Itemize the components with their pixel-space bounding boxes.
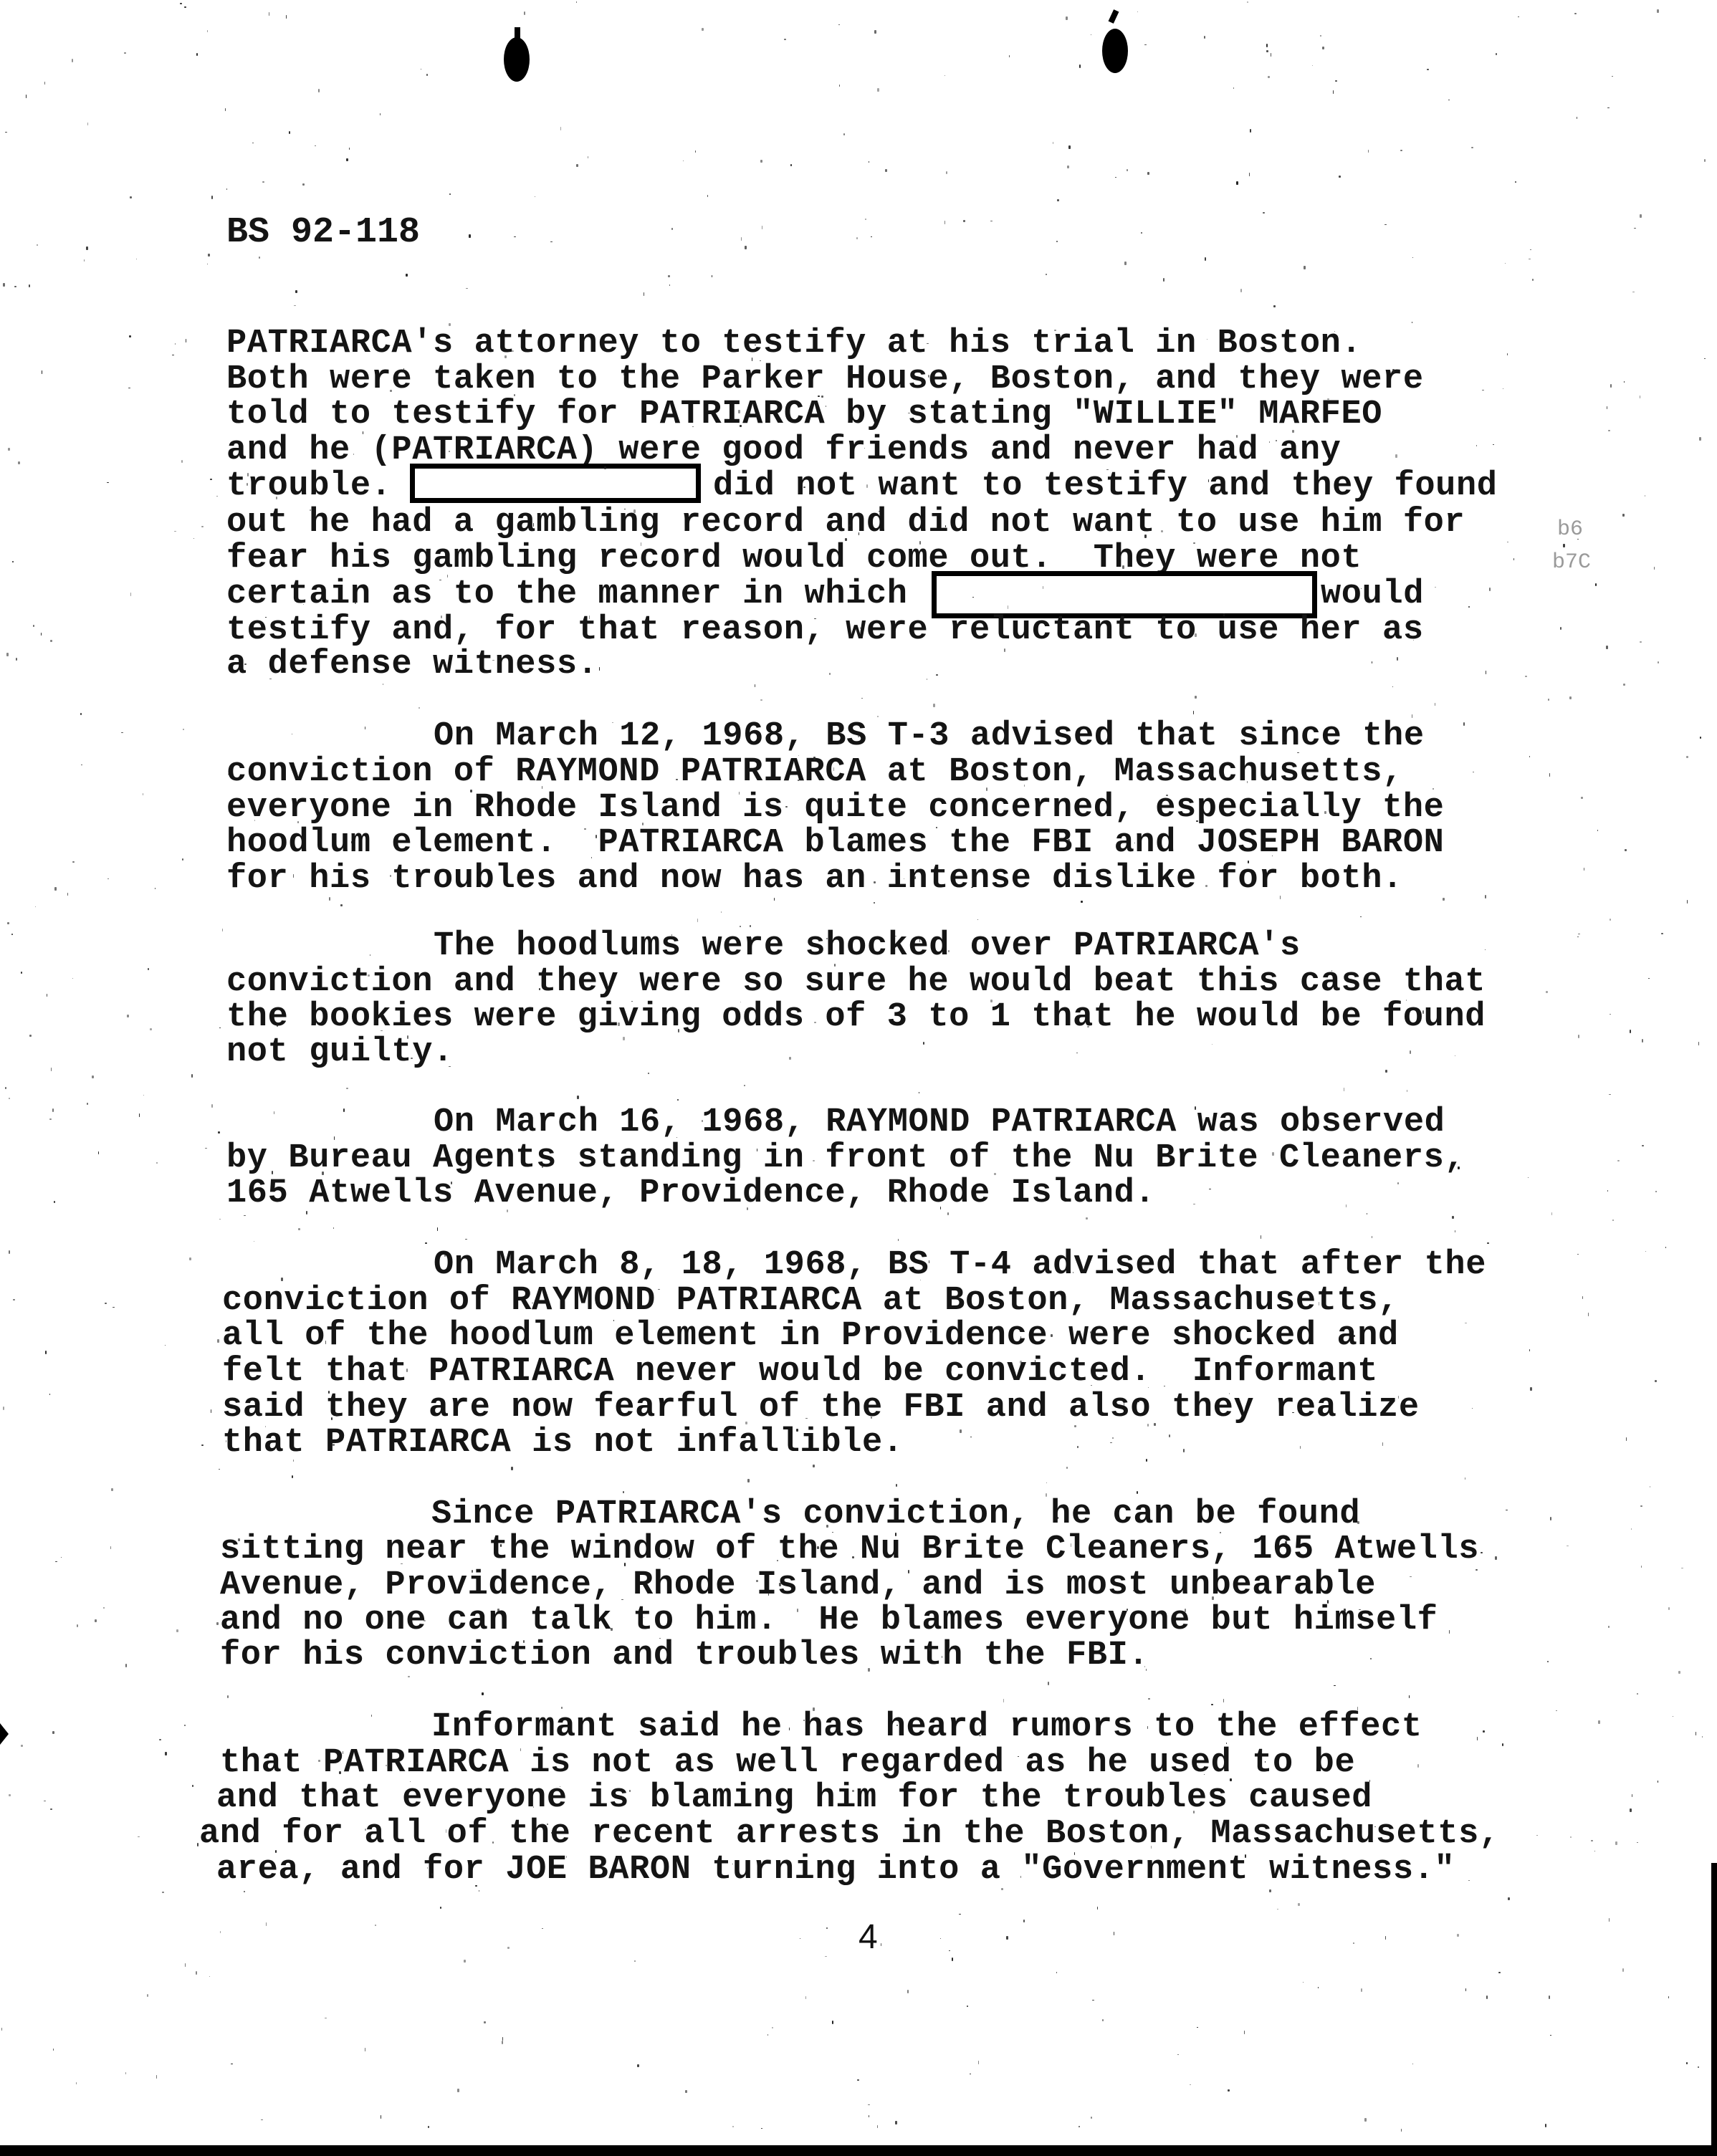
scan-speck — [1607, 1190, 1608, 1192]
scan-speck — [641, 542, 641, 546]
scan-speck — [1372, 1236, 1372, 1238]
scan-speck — [813, 757, 816, 760]
scan-speck — [1574, 13, 1577, 14]
scan-speck — [1, 2028, 2, 2031]
scan-speck — [676, 1137, 677, 1138]
scan-speck — [45, 1351, 47, 1354]
scan-speck — [147, 1994, 148, 1997]
scan-speck — [29, 284, 30, 287]
scan-speck — [1114, 1932, 1114, 1935]
scan-speck — [72, 978, 73, 979]
scan-speck — [1226, 1743, 1227, 1744]
scan-speck — [315, 145, 316, 146]
scan-speck — [226, 188, 227, 190]
scan-speck — [1331, 970, 1332, 972]
scan-speck — [1630, 1808, 1632, 1812]
scan-speck — [533, 523, 534, 527]
scan-speck — [1422, 1010, 1424, 1014]
scan-speck — [1448, 100, 1450, 100]
scan-speck — [644, 1617, 644, 1618]
scan-speck — [1607, 107, 1610, 108]
p3-line-3: the bookies were giving odds of 3 to 1 t… — [226, 1000, 1486, 1035]
redaction-box-1 — [410, 464, 701, 503]
scan-speck — [1110, 1442, 1112, 1443]
scan-speck — [669, 1558, 670, 1559]
scan-speck — [365, 1829, 366, 1831]
scan-speck — [370, 954, 370, 956]
scan-speck — [1648, 978, 1650, 979]
scan-speck — [1374, 1826, 1376, 1827]
scan-speck — [1328, 463, 1329, 464]
scan-speck — [124, 52, 126, 54]
scan-speck — [1046, 274, 1047, 275]
scan-speck — [353, 454, 354, 455]
scan-speck — [1123, 1364, 1124, 1366]
scan-speck — [21, 1745, 23, 1747]
scan-speck — [6, 653, 9, 656]
scan-speck — [796, 1429, 798, 1432]
scan-speck — [457, 2089, 459, 2092]
scan-speck — [1471, 147, 1473, 148]
scan-speck — [1476, 1569, 1478, 1571]
scan-speck — [5, 132, 7, 133]
scan-speck — [439, 580, 441, 580]
scan-speck — [1698, 1042, 1699, 1045]
scan-speck — [107, 482, 109, 483]
scan-speck — [244, 663, 247, 665]
scan-speck — [908, 413, 910, 413]
scan-speck — [896, 1725, 898, 1726]
scan-speck — [885, 169, 887, 172]
scan-speck — [50, 1808, 52, 1810]
scan-speck — [1443, 898, 1445, 901]
scan-speck — [1530, 1387, 1532, 1391]
scan-speck — [130, 593, 131, 596]
scan-speck — [282, 764, 284, 765]
scan-speck — [789, 1057, 791, 1060]
scan-speck — [441, 615, 442, 618]
scan-speck — [155, 888, 156, 889]
scan-speck — [1147, 1424, 1149, 1427]
scan-speck — [1057, 199, 1059, 201]
scan-speck — [333, 1227, 334, 1229]
scan-speck — [760, 360, 761, 361]
scan-speck — [1398, 1396, 1399, 1399]
scan-speck — [165, 1752, 167, 1755]
scan-speck — [604, 466, 606, 469]
p7-line-4: and for all of the recent arrests in the… — [199, 1816, 1500, 1852]
scan-speck — [1668, 1996, 1669, 1998]
scan-speck — [225, 108, 226, 111]
scan-speck — [839, 85, 840, 87]
scan-speck — [1401, 2129, 1402, 2132]
scan-speck — [1236, 435, 1238, 438]
scan-speck — [1205, 885, 1207, 887]
scan-speck — [1183, 1449, 1185, 1452]
scan-speck — [1615, 1841, 1617, 1845]
scan-speck — [837, 799, 839, 802]
scan-speck — [156, 1162, 158, 1164]
scan-speck — [671, 934, 672, 936]
p4-line-1: On March 16, 1968, RAYMOND PATRIARCA was… — [434, 1105, 1445, 1141]
scan-speck — [747, 1479, 750, 1482]
scan-speck — [1607, 406, 1607, 409]
scan-speck — [275, 1850, 277, 1853]
scan-speck — [757, 1149, 757, 1151]
scan-speck — [917, 1378, 919, 1379]
scan-speck — [1410, 1576, 1412, 1577]
scan-speck — [797, 1609, 798, 1612]
scan-speck — [1229, 1393, 1230, 1394]
scan-speck — [579, 775, 580, 776]
scan-speck — [462, 549, 464, 551]
scan-speck — [760, 699, 762, 701]
p5-line-6: that PATRIARCA is not infallible. — [222, 1425, 904, 1461]
scan-speck — [949, 1950, 950, 1951]
scan-speck — [274, 1111, 274, 1114]
scan-speck — [1004, 648, 1005, 652]
scan-speck — [1141, 232, 1142, 234]
scan-speck — [1304, 266, 1306, 269]
p1-line-1: PATRIARCA's attorney to testify at his t… — [226, 326, 1362, 362]
scan-speck — [858, 532, 859, 535]
scan-speck — [1598, 1720, 1600, 1724]
scan-speck — [1269, 1889, 1271, 1892]
scan-speck — [814, 618, 816, 619]
scan-speck — [472, 1570, 473, 1573]
scan-speck — [1303, 1798, 1305, 1801]
scan-speck — [767, 2034, 768, 2036]
scan-speck — [1147, 1726, 1148, 1729]
scan-speck — [1169, 1434, 1170, 1437]
scan-speck — [451, 1182, 452, 1184]
scan-speck — [1375, 1156, 1377, 1157]
scan-speck — [406, 274, 408, 277]
scan-speck — [1335, 80, 1337, 82]
scan-speck — [1530, 249, 1531, 250]
scan-edge-mark — [0, 1723, 9, 1745]
scan-speck — [1003, 1699, 1004, 1702]
scan-speck — [1577, 1254, 1579, 1255]
scan-speck — [868, 1668, 870, 1672]
scan-speck — [192, 1785, 193, 1787]
scan-speck — [244, 1891, 245, 1892]
scan-speck — [9, 1098, 10, 1099]
scan-speck — [475, 1200, 476, 1203]
scan-speck — [386, 1765, 387, 1766]
scan-speck — [452, 1767, 454, 1768]
scan-speck — [346, 158, 348, 161]
scan-speck — [110, 1546, 111, 1549]
scan-speck — [1626, 1437, 1627, 1441]
scan-speck — [210, 479, 212, 480]
scan-speck — [1385, 1070, 1387, 1073]
scan-speck — [1144, 44, 1147, 45]
scan-speck — [1068, 145, 1071, 149]
scan-speck — [44, 82, 45, 85]
scan-speck — [1407, 1090, 1407, 1092]
scan-speck — [37, 244, 38, 246]
scan-speck — [930, 1331, 932, 1333]
scan-speck — [477, 871, 478, 871]
scan-speck — [50, 640, 52, 642]
scan-speck — [596, 835, 597, 838]
scan-speck — [1074, 1425, 1076, 1427]
scan-speck — [425, 1242, 427, 1244]
scan-speck — [1349, 630, 1350, 631]
scan-speck — [196, 1971, 197, 1975]
scan-speck — [560, 1786, 560, 1787]
scan-speck — [410, 1781, 411, 1782]
scan-speck — [744, 1085, 745, 1086]
scan-speck — [1020, 1336, 1021, 1339]
scan-speck — [591, 857, 592, 858]
scan-speck — [1392, 686, 1393, 687]
scan-speck — [1300, 1446, 1301, 1449]
scan-speck — [784, 39, 786, 40]
scan-speck — [196, 53, 198, 56]
scan-speck — [983, 1517, 985, 1520]
scan-speck — [1658, 661, 1659, 663]
scan-speck — [850, 1442, 851, 1446]
scan-speck — [1220, 1532, 1221, 1533]
scan-speck — [113, 1307, 115, 1308]
scan-speck — [401, 1563, 403, 1564]
scan-speck — [334, 1136, 335, 1140]
scan-speck — [1273, 305, 1276, 307]
scan-speck — [105, 1303, 107, 1304]
p6-line-1: Since PATRIARCA's conviction, he can be … — [431, 1497, 1360, 1533]
scan-speck — [1536, 1835, 1538, 1836]
scan-speck — [261, 2119, 263, 2120]
scan-speck — [1076, 1053, 1078, 1053]
scan-speck — [191, 1074, 193, 1078]
scan-speck — [770, 1020, 772, 1021]
scan-speck — [826, 1525, 828, 1528]
scan-speck — [1640, 396, 1640, 398]
scan-speck — [1433, 788, 1434, 790]
scan-speck — [428, 2126, 429, 2128]
scan-speck — [1700, 737, 1701, 739]
scan-speck — [547, 1450, 549, 1450]
scan-speck — [1455, 1230, 1455, 1232]
scan-speck — [1640, 214, 1642, 218]
scan-speck — [1382, 1442, 1383, 1446]
scan-speck — [1280, 896, 1281, 899]
scan-speck — [183, 729, 184, 730]
scan-speck — [47, 994, 47, 997]
scan-speck — [637, 2064, 639, 2067]
scan-speck — [1609, 1918, 1610, 1922]
scan-speck — [1318, 1987, 1319, 1988]
scan-speck — [228, 774, 229, 775]
scan-speck — [201, 526, 204, 527]
scan-speck — [1658, 1781, 1658, 1783]
scan-speck — [1502, 1743, 1503, 1746]
scan-speck — [777, 1560, 778, 1561]
scan-speck — [1035, 1360, 1036, 1364]
scan-speck — [1493, 444, 1494, 445]
scan-speck — [138, 1836, 140, 1837]
scan-speck — [1204, 1774, 1205, 1775]
scan-speck — [1046, 1493, 1047, 1497]
scan-speck — [1578, 934, 1580, 934]
scan-speck — [1001, 1888, 1003, 1890]
scan-speck — [929, 1260, 929, 1263]
scan-speck — [8, 448, 10, 451]
scan-speck — [551, 1717, 552, 1718]
scan-speck — [1334, 1685, 1336, 1686]
scan-speck — [33, 625, 34, 627]
scan-speck — [1344, 1609, 1346, 1611]
scan-speck — [328, 1391, 330, 1394]
scan-speck — [1632, 292, 1635, 292]
scan-speck — [1409, 1695, 1410, 1698]
p5-line-3: all of the hoodlum element in Providence… — [222, 1318, 1399, 1354]
scan-speck — [1678, 1671, 1680, 1674]
scan-speck — [1369, 1780, 1370, 1782]
scan-speck — [1230, 1778, 1232, 1781]
scan-right-edge — [1711, 1863, 1717, 2156]
scan-speck — [761, 2128, 762, 2129]
scan-speck — [613, 1320, 614, 1321]
scan-speck — [211, 196, 213, 199]
scan-speck — [98, 1151, 99, 1154]
scan-speck — [896, 1484, 897, 1487]
scan-speck — [1147, 172, 1149, 175]
scan-speck — [1668, 1607, 1670, 1610]
scan-speck — [1319, 1302, 1319, 1305]
scan-speck — [139, 1113, 140, 1117]
scan-speck — [1637, 1842, 1638, 1843]
scan-speck — [721, 911, 722, 913]
scan-speck — [1354, 410, 1356, 411]
scan-speck — [1097, 1907, 1098, 1910]
scan-speck — [1687, 900, 1688, 904]
scan-speck — [1518, 16, 1519, 17]
scan-speck — [1487, 1242, 1489, 1244]
scan-speck — [1617, 1160, 1620, 1161]
scan-speck — [216, 1622, 219, 1625]
scan-speck — [1529, 756, 1530, 757]
scan-speck — [1528, 1177, 1529, 1178]
scan-speck — [1361, 588, 1362, 589]
scan-speck — [861, 698, 863, 699]
scan-speck — [1056, 1972, 1057, 1973]
scan-speck — [26, 95, 27, 98]
scan-speck — [970, 1437, 972, 1437]
scan-speck — [740, 1002, 741, 1002]
scan-speck — [262, 181, 264, 183]
scan-speck — [1476, 445, 1477, 446]
scan-speck — [623, 1491, 624, 1493]
p2-line-1: On March 12, 1968, BS T-3 advised that s… — [434, 719, 1425, 754]
scan-speck — [1068, 839, 1070, 843]
scan-speck — [659, 803, 660, 804]
scan-speck — [948, 950, 950, 952]
scan-speck — [3, 283, 5, 287]
scan-speck — [252, 143, 254, 143]
scan-speck — [623, 1037, 625, 1040]
scan-speck — [269, 679, 272, 679]
scan-speck — [702, 1120, 703, 1122]
scan-speck — [1266, 44, 1268, 47]
scan-speck — [848, 524, 851, 527]
scan-speck — [624, 1563, 626, 1566]
scan-speck — [756, 1580, 758, 1582]
scan-speck — [914, 876, 916, 879]
scan-speck — [864, 448, 865, 449]
scan-speck — [61, 1557, 62, 1558]
scan-speck — [1482, 390, 1484, 391]
scan-speck — [143, 793, 143, 795]
p2-line-4: hoodlum element. PATRIARCA blames the FB… — [226, 825, 1444, 861]
scan-speck — [185, 1963, 186, 1967]
scan-speck — [1185, 1609, 1186, 1612]
scan-speck — [1699, 437, 1701, 441]
scan-speck — [1457, 1934, 1459, 1937]
scan-speck — [1067, 166, 1069, 168]
scan-speck — [1236, 181, 1238, 185]
scan-speck — [293, 1460, 294, 1462]
scan-speck — [1343, 1860, 1344, 1862]
scan-speck — [947, 1212, 949, 1215]
scan-speck — [648, 1073, 649, 1074]
scan-speck — [466, 288, 468, 289]
scan-speck — [55, 1561, 57, 1562]
scan-speck — [785, 806, 788, 808]
scan-speck — [561, 1707, 563, 1709]
scan-speck — [990, 1000, 993, 1002]
scan-speck — [51, 1068, 52, 1071]
scan-speck — [317, 234, 319, 238]
scan-speck — [1193, 1811, 1195, 1814]
scan-speck — [54, 1201, 55, 1203]
exemption-code-b6: b6 — [1557, 517, 1583, 542]
p6-line-5: for his conviction and troubles with the… — [220, 1638, 1149, 1674]
scan-speck — [512, 350, 514, 352]
scan-speck — [895, 1533, 896, 1536]
p3-line-4: not guilty. — [226, 1035, 454, 1070]
scan-speck — [549, 759, 551, 760]
scan-speck — [1265, 1761, 1266, 1763]
scan-speck — [1545, 2124, 1546, 2127]
scan-speck — [676, 779, 678, 780]
scan-speck — [174, 531, 176, 532]
scan-speck — [1606, 646, 1608, 649]
scan-speck — [798, 780, 799, 781]
exemption-code-b7c: b7C — [1552, 550, 1591, 575]
scan-speck — [703, 1366, 704, 1369]
scan-speck — [1266, 50, 1268, 52]
scan-speck — [833, 767, 834, 771]
scan-speck — [1043, 370, 1044, 372]
scan-speck — [1092, 2000, 1094, 2001]
scan-speck — [589, 615, 590, 619]
scan-speck — [1122, 565, 1124, 569]
file-number: BS 92-118 — [226, 214, 420, 252]
scan-speck — [770, 1803, 772, 1803]
p1-line-8a: certain as to the manner in which — [226, 577, 908, 613]
scan-speck — [668, 275, 670, 277]
p5-line-2: conviction of RAYMOND PATRIARCA at Bosto… — [222, 1283, 1399, 1319]
document-page: BS 92-118 PATRIARCA's attorney to testif… — [0, 0, 1717, 2156]
scan-speck — [121, 732, 123, 733]
scan-speck — [247, 483, 248, 486]
scan-speck — [929, 1648, 931, 1651]
p6-line-2: sitting near the window of the Nu Brite … — [220, 1532, 1479, 1568]
scan-speck — [502, 2041, 503, 2044]
